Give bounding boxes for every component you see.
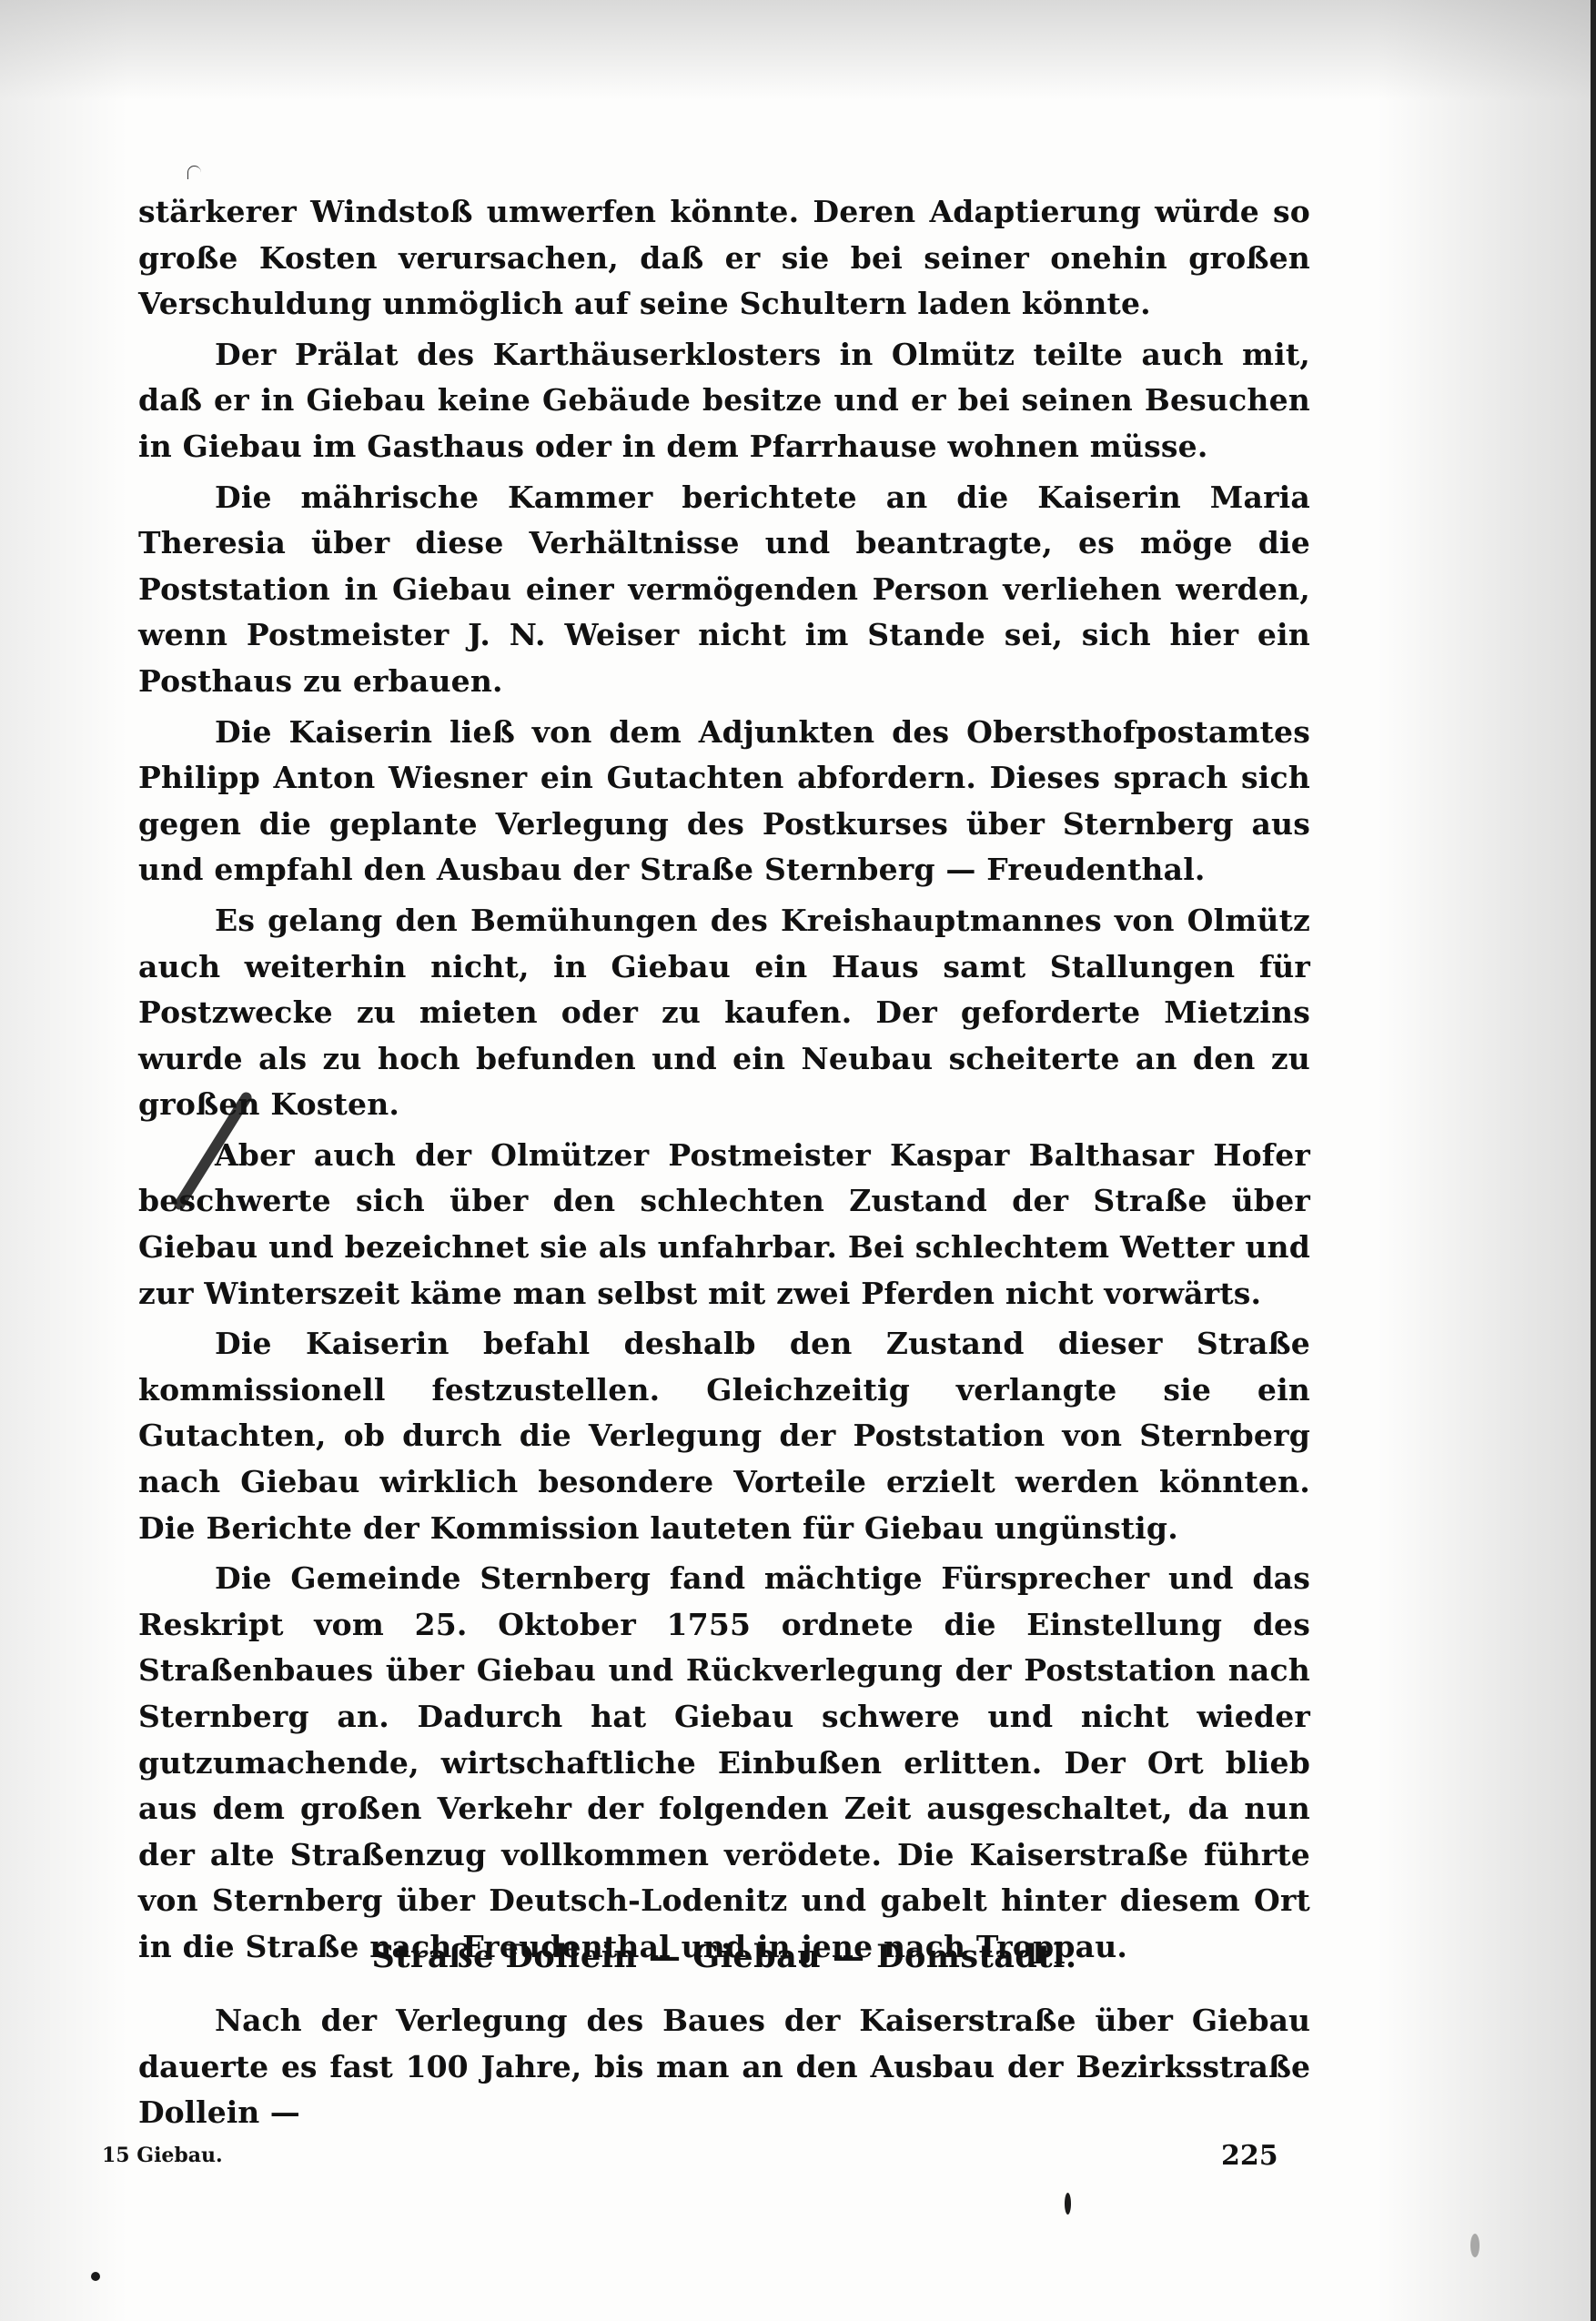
paragraph: Die Kaiserin befahl deshalb den Zustand … xyxy=(138,1321,1310,1551)
paragraph: Die mährische Kammer berichtete an die K… xyxy=(138,475,1310,705)
section-body-text: Nach der Verlegung des Baues der Kaisers… xyxy=(138,1998,1310,2136)
page-shadow-left xyxy=(0,0,127,2321)
paragraph: Die Gemeinde Sternberg fand mächtige Für… xyxy=(138,1556,1310,1970)
page-shadow-top xyxy=(0,0,1596,100)
ink-spot xyxy=(1065,2193,1071,2215)
footer-signature: 15 Giebau. xyxy=(102,2144,223,2167)
hair-mark xyxy=(187,166,201,179)
ink-spot xyxy=(91,2272,100,2281)
page-number: 225 xyxy=(1221,2140,1278,2172)
paragraph: Der Prälat des Karthäuserklosters in Olm… xyxy=(138,332,1310,470)
ink-spot xyxy=(1470,2234,1480,2257)
body-text: stärkerer Windstoß umwerfen könnte. Dere… xyxy=(138,189,1310,1975)
section-heading: Straße Dollein — Giebau — Domstadtl. xyxy=(138,1938,1310,1975)
paragraph: stärkerer Windstoß umwerfen könnte. Dere… xyxy=(138,189,1310,328)
page-edge xyxy=(1591,0,1596,2321)
paragraph: Aber auch der Olmützer Postmeister Kaspa… xyxy=(138,1133,1310,1317)
paragraph: Die Kaiserin ließ von dem Adjunkten des … xyxy=(138,710,1310,893)
paragraph: Es gelang den Bemühungen des Kreishauptm… xyxy=(138,898,1310,1128)
page-shadow-right xyxy=(1378,0,1596,2321)
paragraph: Nach der Verlegung des Baues der Kaisers… xyxy=(138,1998,1310,2136)
